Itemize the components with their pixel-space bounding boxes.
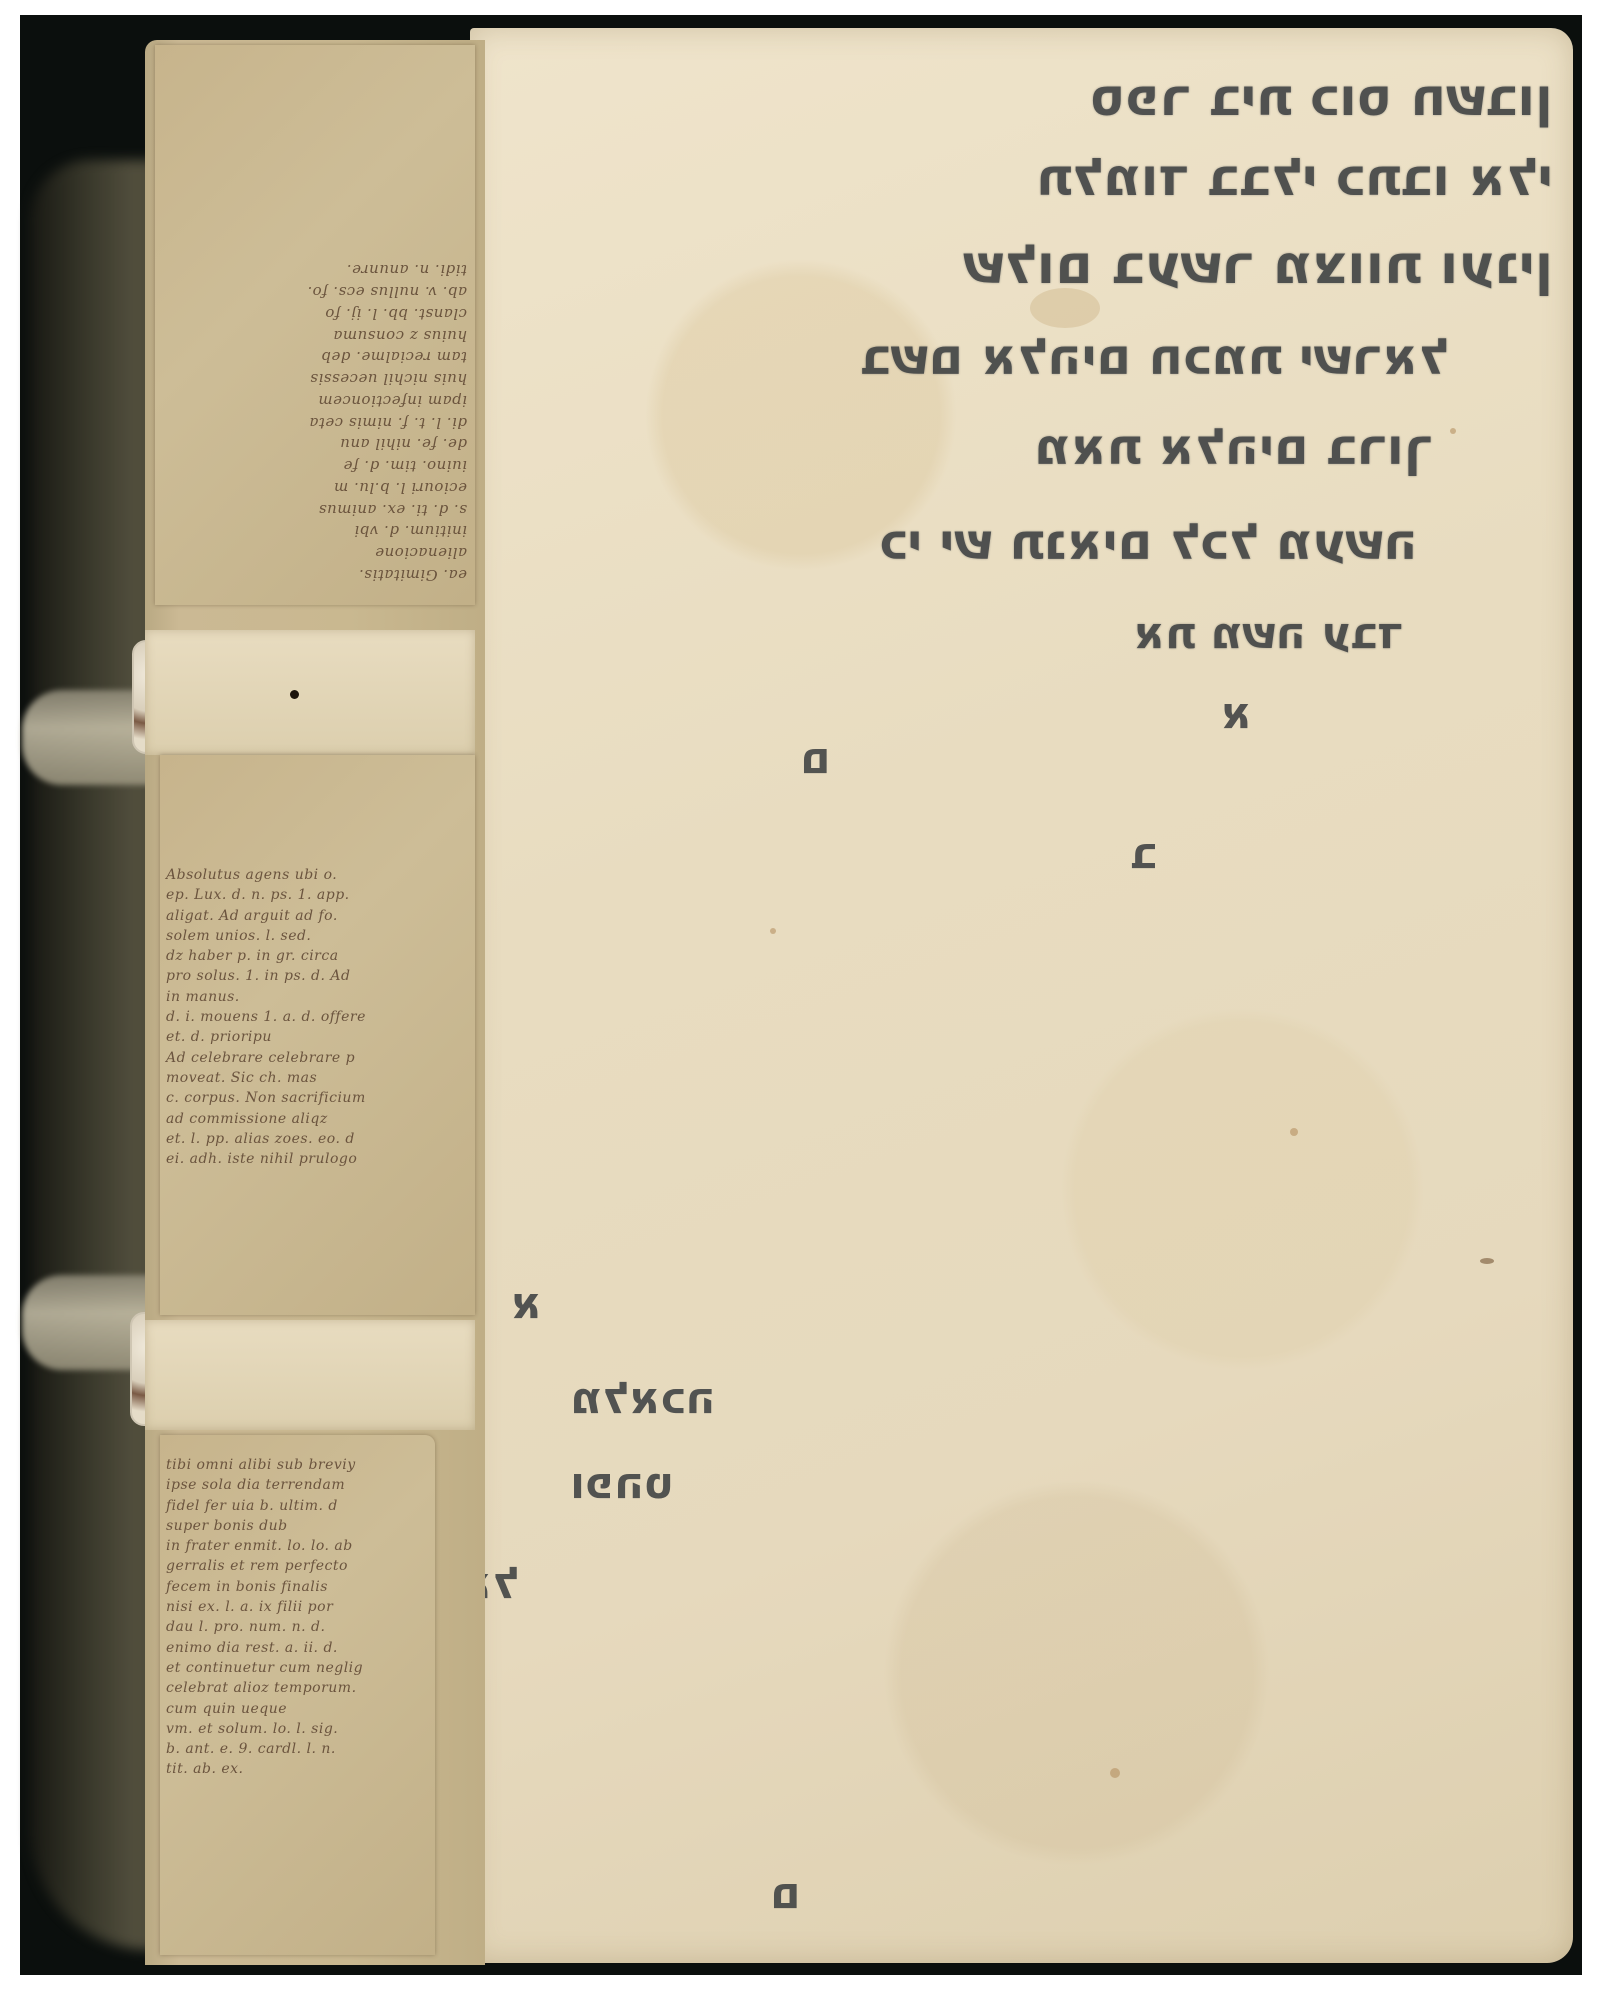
hebrew-line: את משה עבד bbox=[1133, 608, 1403, 659]
manuscript-line: ab. v. nullus ecs. fo. bbox=[307, 281, 467, 303]
hebrew-mark: א bbox=[1220, 688, 1252, 739]
hebrew-mark: ב bbox=[1130, 828, 1157, 879]
manuscript-line: tibi omni alibi sub breviy bbox=[166, 1455, 363, 1475]
manuscript-line: Absolutus agens ubi o. bbox=[166, 865, 366, 885]
manuscript-line: cum quin ueque bbox=[166, 1699, 363, 1719]
manuscript-line: super bonis dub bbox=[166, 1516, 363, 1536]
hebrew-mark: ופהט bbox=[570, 1458, 674, 1509]
manuscript-line: huis nichil uecessis bbox=[307, 368, 467, 390]
manuscript-line: nisi ex. l. a. ix filii por bbox=[166, 1597, 363, 1617]
manuscript-line: iuino. tim. d. fe bbox=[307, 455, 467, 477]
manuscript-line: eciouri l. b.lu. m bbox=[307, 476, 467, 498]
hebrew-line: שלום בעשר מצוות וענין bbox=[963, 233, 1553, 296]
manuscript-line: alienacione bbox=[307, 542, 467, 564]
manuscript-line: di. l. t. f. nimis ceta bbox=[307, 411, 467, 433]
manuscript-line: fecem in bonis finalis bbox=[166, 1577, 363, 1597]
worm-hole bbox=[290, 690, 299, 699]
manuscript-line: ea. Gimitatis. bbox=[307, 563, 467, 585]
manuscript-line: ep. Lux. d. n. ps. 1. app. bbox=[166, 885, 366, 905]
manuscript-line: d. i. mouens 1. a. d. offere bbox=[166, 1007, 366, 1027]
manuscript-line: de. fe. nihil anu bbox=[307, 433, 467, 455]
manuscript-line: et. d. prioripu bbox=[166, 1027, 366, 1047]
manuscript-line: et. l. pp. alias zoes. eo. d bbox=[166, 1129, 366, 1149]
manuscript-line: initium. d. vbi bbox=[307, 520, 467, 542]
hebrew-mark: ם bbox=[800, 733, 831, 784]
manuscript-fragment-top: ea. Gimitatis.alienacioneinitium. d. vbi… bbox=[155, 45, 475, 605]
spine-band-upper bbox=[145, 630, 475, 755]
manuscript-line: gerralis et rem perfecto bbox=[166, 1556, 363, 1576]
manuscript-line: pro solus. 1. in ps. d. Ad bbox=[166, 966, 366, 986]
spine-band-lower bbox=[145, 1320, 475, 1430]
manuscript-line: tam recialme. deb bbox=[307, 346, 467, 368]
manuscript-line: ad commissione aliqz bbox=[166, 1109, 366, 1129]
manuscript-line: b. ant. e. 9. cardl. l. n. bbox=[166, 1739, 363, 1759]
manuscript-line: Ad celebrare celebrare p bbox=[166, 1048, 366, 1068]
manuscript-line: clanst. bb. l. ij. fo bbox=[307, 302, 467, 324]
manuscript-line: et continuetur cum neglig bbox=[166, 1658, 363, 1678]
pasteboard-cover: ספר בית כוס חשבוןתלמוד בבלי כתבו אלישלום… bbox=[470, 28, 1573, 1963]
manuscript-line: tidi. n. anunre. bbox=[307, 259, 467, 281]
manuscript-line: in manus. bbox=[166, 987, 366, 1007]
manuscript-line: moveat. Sic ch. mas bbox=[166, 1068, 366, 1088]
manuscript-line: in frater enmit. lo. lo. ab bbox=[166, 1536, 363, 1556]
manuscript-line: dau l. pro. num. n. d. bbox=[166, 1617, 363, 1637]
manuscript-line: ei. adh. iste nihil prulogo bbox=[166, 1149, 366, 1169]
manuscript-line: huius z consuma bbox=[307, 324, 467, 346]
hebrew-mark: א bbox=[510, 1278, 542, 1329]
manuscript-line: ipse sola dia terrendam bbox=[166, 1475, 363, 1495]
manuscript-line: ipam infectioncem bbox=[307, 389, 467, 411]
manuscript-line: tit. ab. ex. bbox=[166, 1759, 363, 1779]
hebrew-line: כי יש תנאים לכל מעשה bbox=[879, 513, 1418, 571]
hebrew-mark: ם bbox=[770, 1868, 801, 1919]
manuscript-line: s. d. ti. ex. animus bbox=[307, 498, 467, 520]
manuscript-line: aligat. Ad arguit ad fo. bbox=[166, 906, 366, 926]
manuscript-line: celebrat alioz temporum. bbox=[166, 1678, 363, 1698]
hebrew-mark: מלאכה bbox=[570, 1373, 716, 1424]
hebrew-line: תלמוד בבלי כתבו אלי bbox=[1036, 148, 1553, 208]
manuscript-fragment-middle: Absolutus agens ubi o.ep. Lux. d. n. ps.… bbox=[160, 755, 475, 1315]
hebrew-line: בשם אלהים חכמת ישראל bbox=[860, 328, 1448, 386]
manuscript-fragment-bottom: tibi omni alibi sub breviyipse sola dia … bbox=[160, 1435, 435, 1955]
hebrew-line: ספר בית כוס חשבון bbox=[1090, 68, 1553, 128]
manuscript-line: vm. et solum. lo. l. sig. bbox=[166, 1719, 363, 1739]
manuscript-line: dz haber p. in gr. circa bbox=[166, 946, 366, 966]
manuscript-line: enimo dia rest. a. ii. d. bbox=[166, 1638, 363, 1658]
hebrew-line: מאת אלהים ברוך bbox=[1034, 418, 1433, 476]
manuscript-line: fidel fer uia b. ultim. d bbox=[166, 1496, 363, 1516]
manuscript-line: solem unios. l. sed. bbox=[166, 926, 366, 946]
manuscript-line: c. corpus. Non sacrificium bbox=[166, 1088, 366, 1108]
